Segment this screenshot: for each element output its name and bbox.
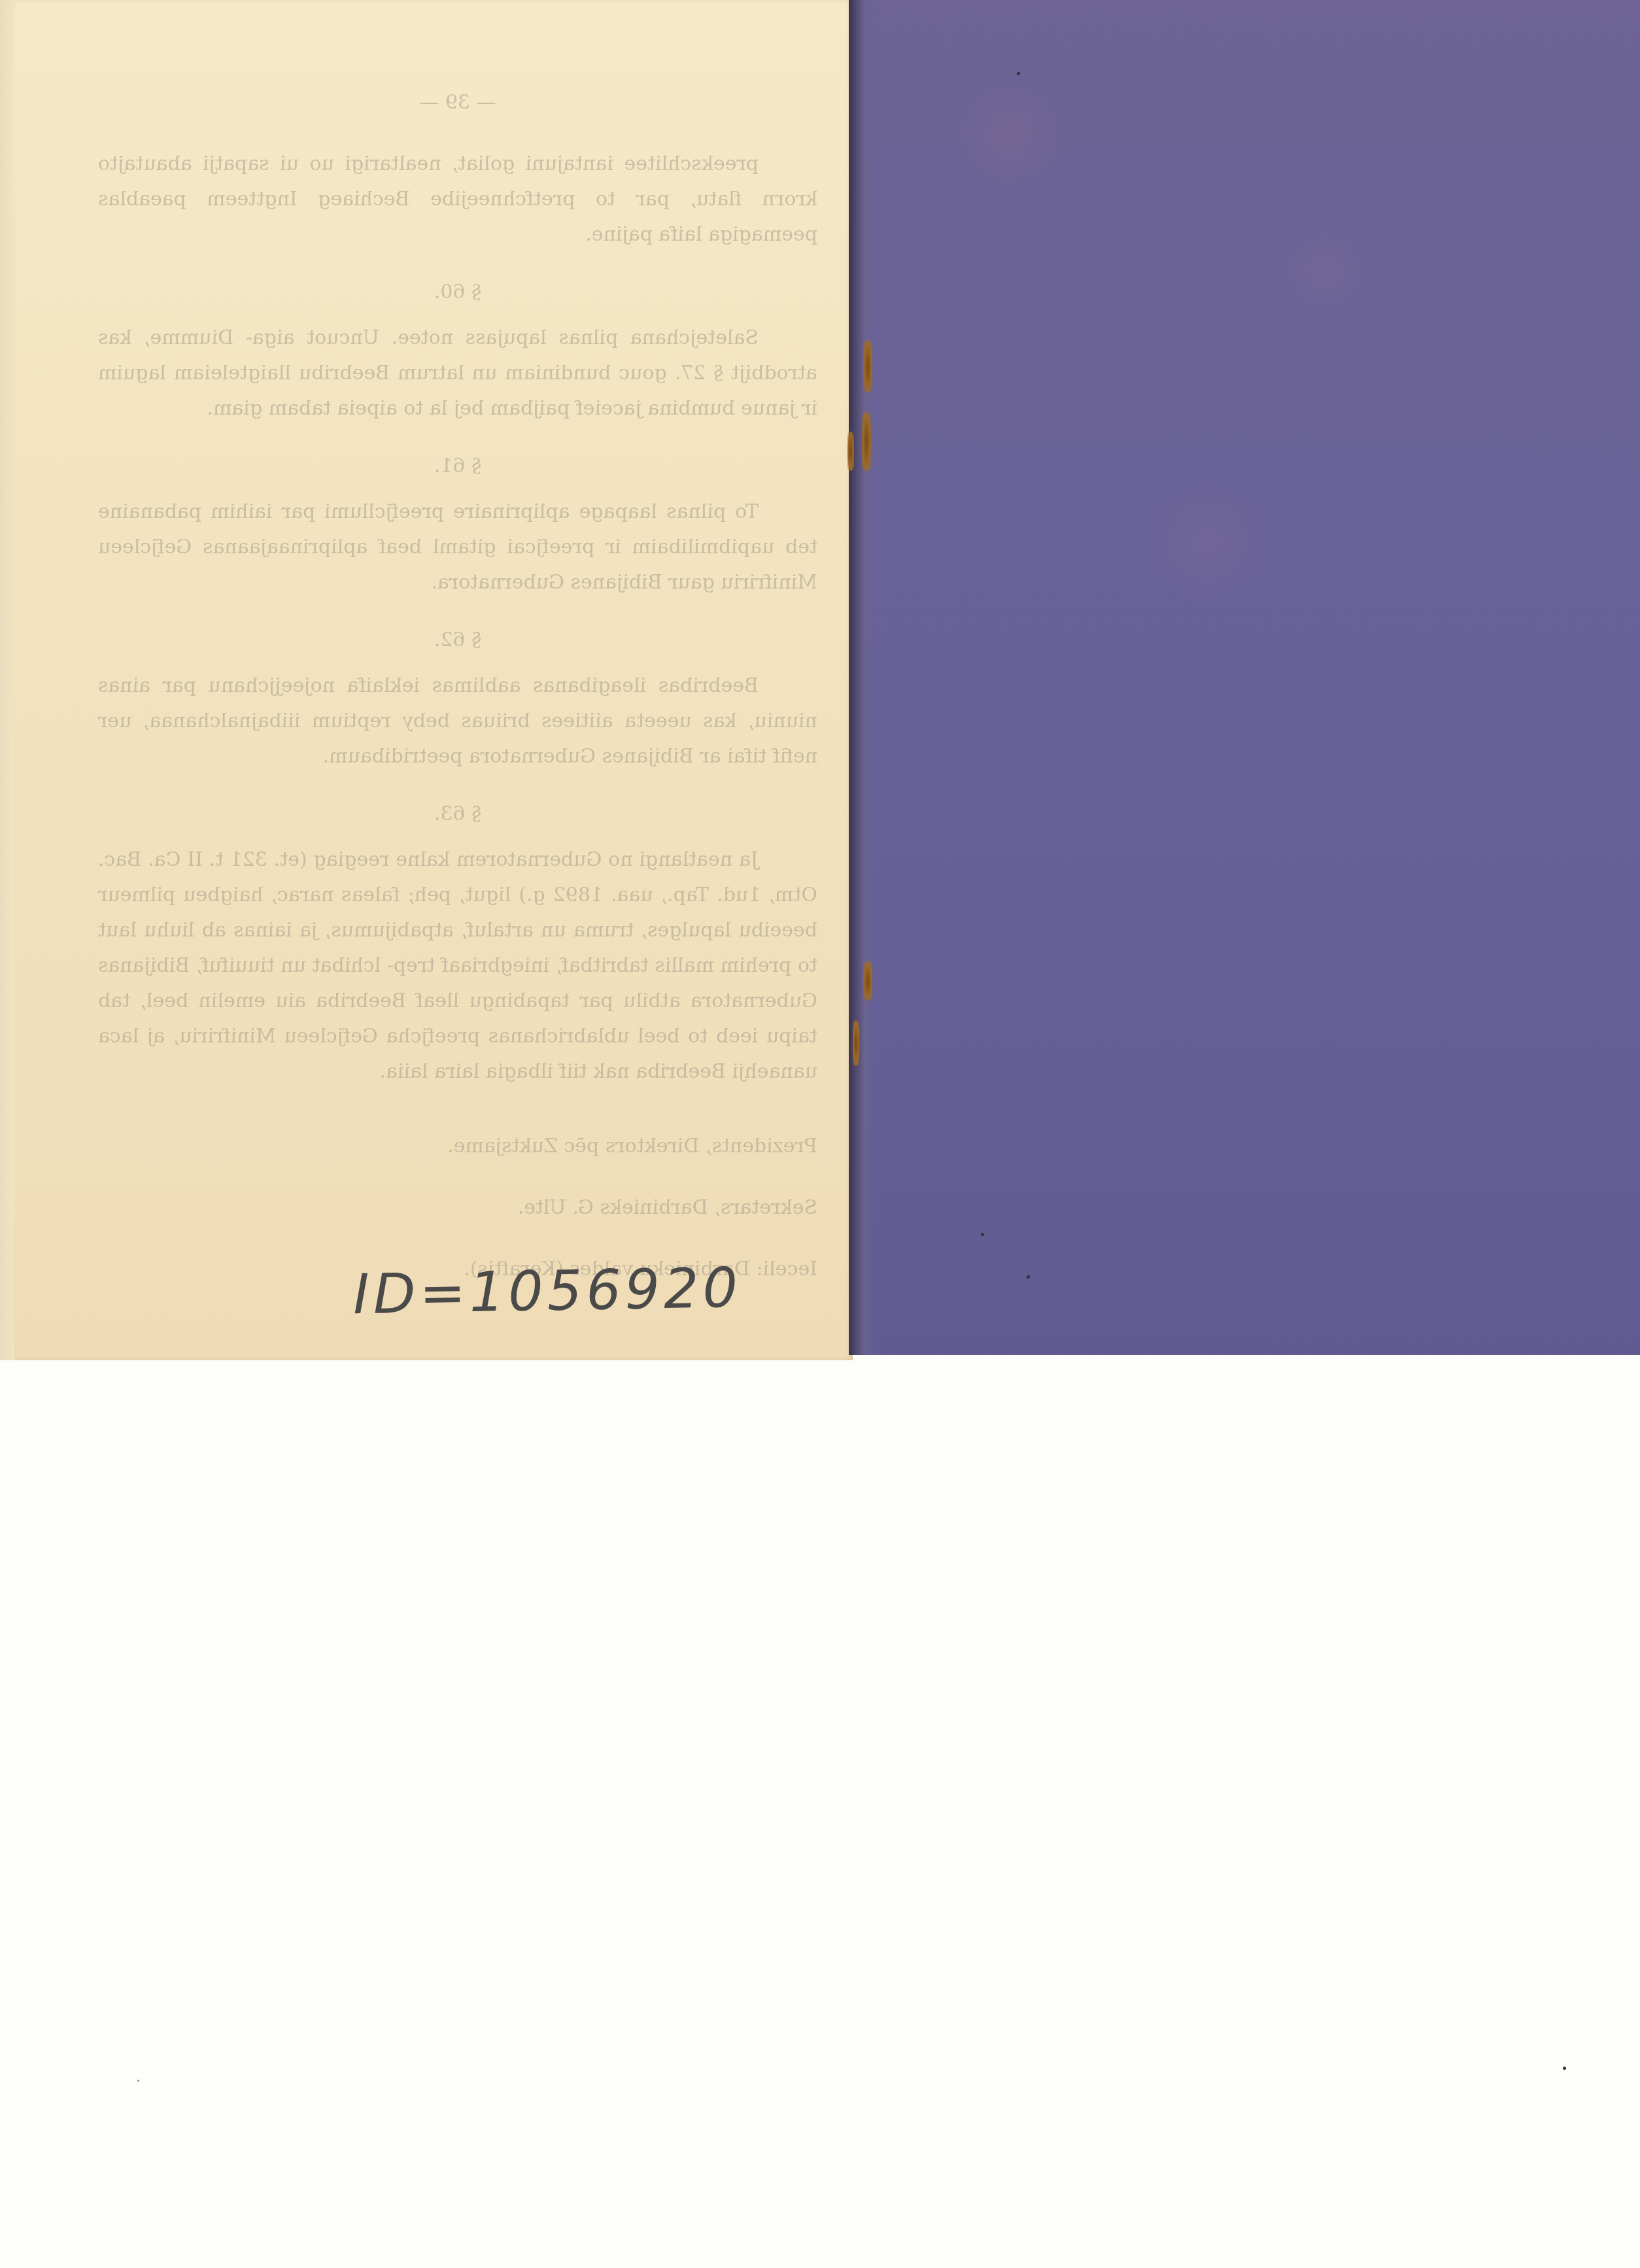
- staple-rust-mark: [863, 340, 872, 392]
- section-paragraph: Ja neatlangi no Gubernatorem kalne reegi…: [98, 842, 817, 1090]
- dust-speck: [1027, 1275, 1030, 1279]
- handwritten-id-note: ID=1056920: [352, 1256, 742, 1326]
- page-left-edge: [0, 0, 14, 1360]
- section-paragraph: preekschlitee iantajuni goliat, nealtari…: [98, 146, 817, 252]
- section-heading: § 61.: [98, 449, 817, 484]
- section-paragraph: Beebribas ileagibanas aablimas ieklaifa …: [98, 668, 817, 774]
- section-paragraph: Saletejchana pilnas lapujass notee. Uncu…: [98, 320, 817, 426]
- staple-rust-mark: [862, 412, 871, 471]
- section-paragraph: To pilnas laapage apliprinaire preefjcll…: [98, 494, 817, 600]
- staple-rust-mark: [847, 432, 854, 471]
- spine-shadow: [849, 0, 875, 1355]
- signature-line: Prezidents, Direktors pēc Zuktsjame.: [98, 1129, 817, 1164]
- bleed-through-text: — 39 — preekschlitee iantajuni goliat, n…: [98, 65, 817, 1313]
- dust-speck: [981, 1233, 984, 1236]
- staple-rust-mark: [863, 961, 872, 1001]
- dust-speck: [1563, 2067, 1566, 2070]
- back-cover: [853, 0, 1640, 1355]
- section-heading: § 62.: [98, 623, 817, 658]
- dust-speck: [137, 2080, 139, 2082]
- staple-rust-mark: [853, 1020, 859, 1066]
- section-heading: § 63.: [98, 797, 817, 832]
- signature-line: Sekretars, Darbinieks G. Ulte.: [98, 1190, 817, 1226]
- page-number: — 39 —: [98, 85, 817, 120]
- sections-container: preekschlitee iantajuni goliat, nealtari…: [98, 146, 817, 1090]
- dust-speck: [1017, 72, 1020, 75]
- section-heading: § 60.: [98, 275, 817, 310]
